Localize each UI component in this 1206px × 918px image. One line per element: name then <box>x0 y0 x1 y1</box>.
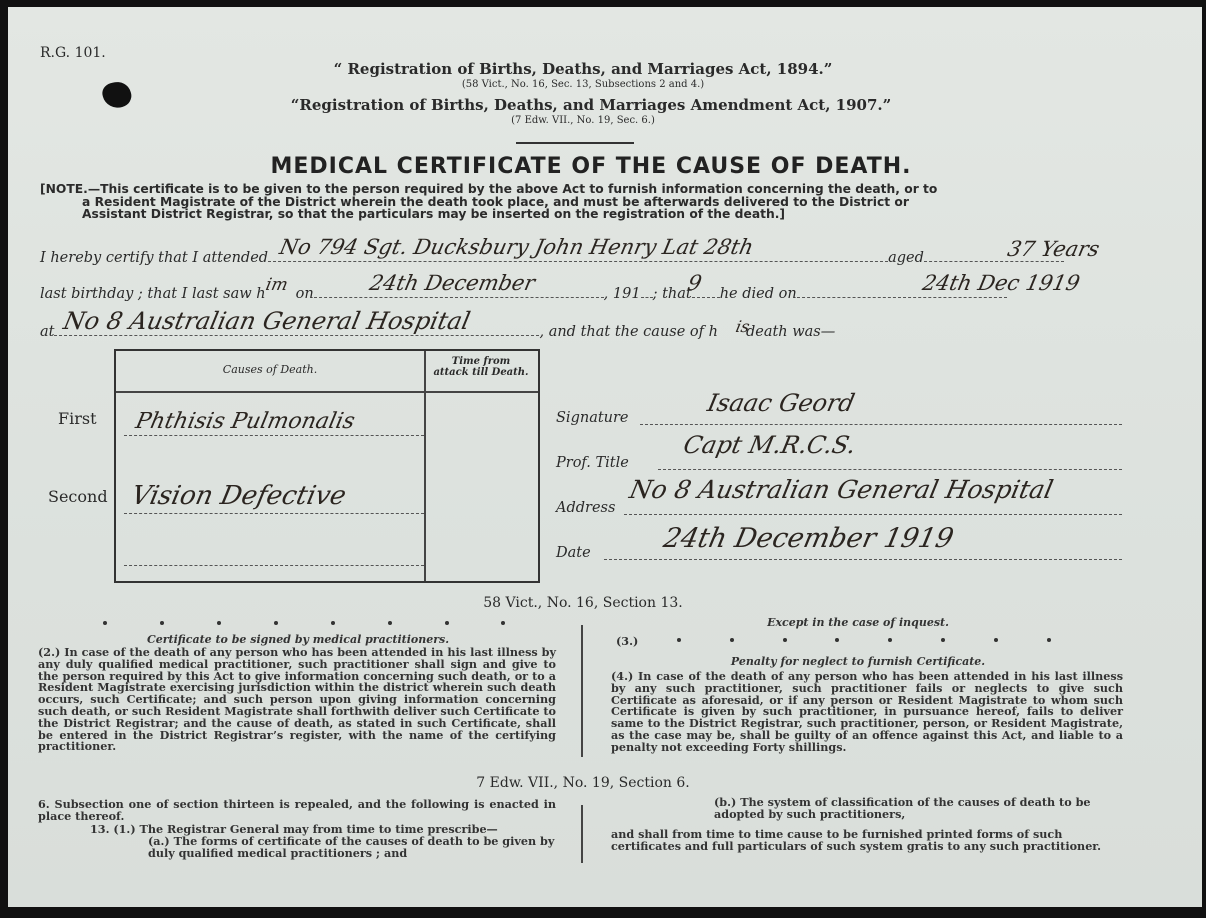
document-title: MEDICAL CERTIFICATE OF THE CAUSE OF DEAT… <box>8 154 1174 179</box>
causes-column-header: Causes of Death. <box>116 363 424 376</box>
signature-label: Signature <box>556 410 629 426</box>
section-58-subsection-4: (4.) In case of the death of any person … <box>611 671 1123 754</box>
row-label-first: First <box>58 409 97 428</box>
second-cause-field[interactable] <box>124 513 424 514</box>
section-58-heading: 58 Vict., No. 16, Section 13. <box>8 595 1158 611</box>
died-on-label: he died on <box>720 286 797 302</box>
on-label: on <box>296 286 314 302</box>
column-divider <box>581 625 583 757</box>
year-digit-field[interactable] <box>641 283 653 298</box>
date-handwritten: 24th December 1919 <box>661 523 957 554</box>
death-certificate-page: R.G. 101. “ Registration of Births, Deat… <box>8 7 1202 907</box>
section-58-subsection-2: (2.) In case of the death of any person … <box>38 647 556 753</box>
subsection-a-paragraph: (a.) The forms of certificate of the cau… <box>148 836 558 860</box>
death-date-handwritten: 24th Dec 1919 <box>920 271 1082 295</box>
third-cause-field[interactable] <box>124 565 424 566</box>
pronoun-saw-handwritten: im <box>264 275 290 295</box>
act-1894-reference: (58 Vict., No. 16, Sec. 13, Subsections … <box>8 79 1158 90</box>
act-1907-title: “Registration of Births, Deaths, and Mar… <box>8 96 1174 114</box>
section-7edw-heading: 7 Edw. VII., No. 19, Section 6. <box>8 775 1158 791</box>
cause-prefix: , and that the cause of h <box>539 324 717 340</box>
note-line: Assistant District Registrar, so that th… <box>40 208 1135 221</box>
subsection-b-paragraph: (b.) The system of classification of the… <box>714 797 1124 821</box>
form-code: R.G. 101. <box>40 45 106 61</box>
death-place-handwritten: No 8 Australian General Hospital <box>61 307 473 335</box>
second-cause-handwritten: Vision Defective <box>129 481 349 511</box>
time-column-header: Time from attack till Death. <box>424 356 538 378</box>
first-cause-handwritten: Phthisis Pulmonalis <box>133 409 357 434</box>
year-prefix: , 191 <box>604 286 641 302</box>
address-handwritten: No 8 Australian General Hospital <box>627 475 1056 504</box>
at-label: at <box>40 324 54 340</box>
header-divider <box>516 142 634 144</box>
except-inquest-subheading: Except in the case of inquest. <box>588 616 1128 629</box>
death-was-label: death was— <box>746 324 835 340</box>
last-saw-prefix: last birthday ; that I last saw h <box>40 286 266 302</box>
date-label: Date <box>556 545 591 561</box>
age-handwritten: 37 Years <box>1005 237 1101 261</box>
prof-title-handwritten: Capt M.R.C.S. <box>681 431 859 459</box>
note-line: [NOTE.—This certificate is to be given t… <box>40 182 937 196</box>
causes-of-death-table: Causes of Death. Time from attack till D… <box>114 349 540 583</box>
act-1907-reference: (7 Edw. VII., No. 19, Sec. 6.) <box>8 115 1158 126</box>
column-divider-2 <box>581 805 583 863</box>
aged-label: aged <box>888 250 924 266</box>
closing-paragraph: and shall from time to time cause to be … <box>611 829 1123 853</box>
address-label: Address <box>556 500 615 516</box>
certify-prefix: I hereby certify that I attended <box>40 250 268 266</box>
ellipsis-dots-right <box>8 638 1202 644</box>
deceased-name-handwritten: No 794 Sgt. Ducksbury John Henry Lat 28t… <box>277 235 755 259</box>
prof-title-label: Prof. Title <box>556 455 629 471</box>
signature-handwritten: Isaac Geord <box>705 389 857 417</box>
penalty-subheading: Penalty for neglect to furnish Certifica… <box>588 655 1128 668</box>
note-paragraph: [NOTE.—This certificate is to be given t… <box>40 183 1135 221</box>
section-6-paragraph: 6. Subsection one of section thirteen is… <box>38 799 556 823</box>
first-cause-field[interactable] <box>124 435 424 436</box>
last-seen-date-handwritten: 24th December <box>367 271 537 295</box>
row-label-second: Second <box>48 487 108 506</box>
act-1894-title: “ Registration of Births, Deaths, and Ma… <box>8 60 1158 78</box>
